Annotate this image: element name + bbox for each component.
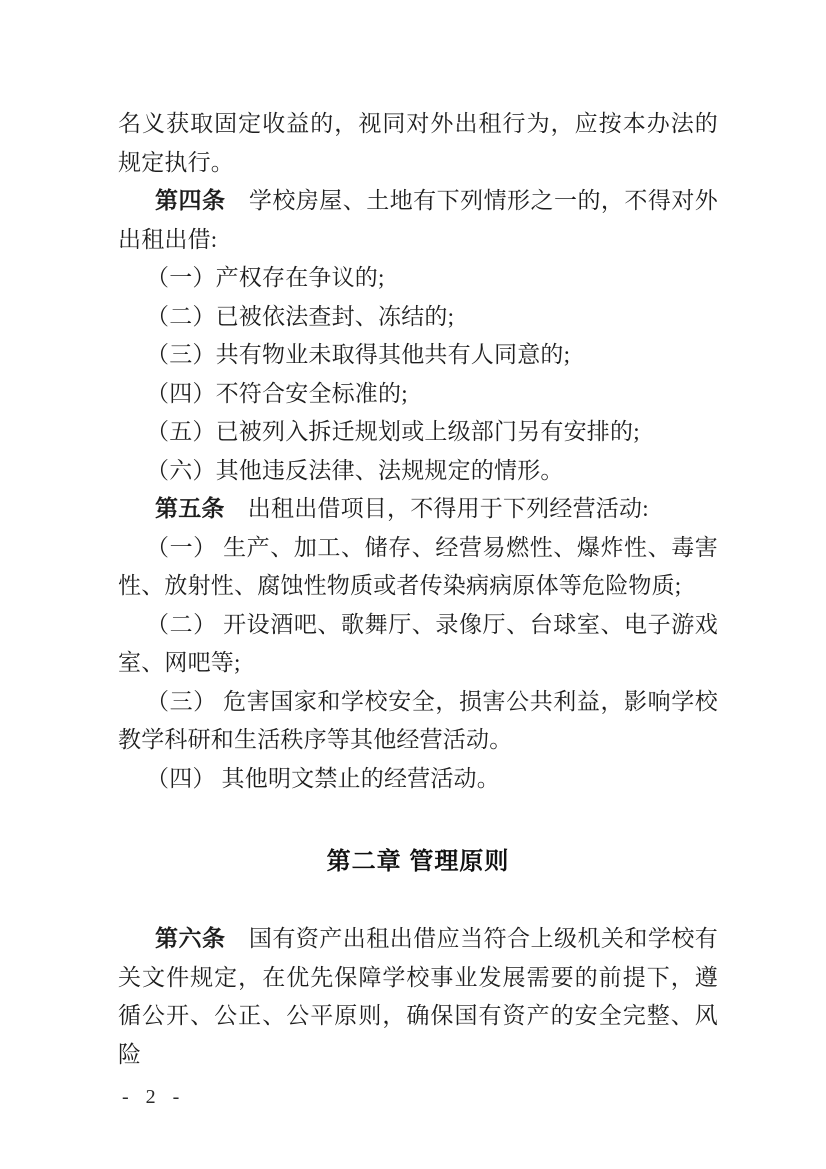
article-5-item-3: （三） 危害国家和学校安全，损害公共利益，影响学校教学科研和生活秩序等其他经营活… <box>118 683 718 760</box>
article-4-item-5: （五）已被列入拆迁规划或上级部门另有安排的; <box>118 413 718 452</box>
chapter-2-heading: 第二章 管理原则 <box>118 842 718 882</box>
article-4-item-2: （二）已被依法查封、冻结的; <box>118 298 718 337</box>
page-number: - 2 - <box>122 1086 182 1108</box>
article-4-item-3: （三）共有物业未取得其他共有人同意的; <box>118 336 718 375</box>
document-page: 名义获取固定收益的，视同对外出租行为，应按本办法的规定执行。 第四条 学校房屋、… <box>0 0 826 1169</box>
article-4-label: 第四条 <box>155 188 225 213</box>
article-4-item-1: （一）产权存在争议的; <box>118 259 718 298</box>
article-5-item-2: （二） 开设酒吧、歌舞厅、录像厅、台球室、电子游戏室、网吧等; <box>118 606 718 683</box>
article-6-clause: 第六条 国有资产出租出借应当符合上级机关和学校有关文件规定，在优先保障学校事业发… <box>118 920 718 1074</box>
article-5-item-1: （一） 生产、加工、储存、经营易燃性、爆炸性、毒害性、放射性、腐蚀性物质或者传染… <box>118 529 718 606</box>
article-6-label: 第六条 <box>155 926 225 951</box>
article-5-label: 第五条 <box>155 496 225 521</box>
article-4-item-4: （四）不符合安全标准的; <box>118 375 718 414</box>
document-content: 名义获取固定收益的，视同对外出租行为，应按本办法的规定执行。 第四条 学校房屋、… <box>118 105 718 1074</box>
article-4-clause: 第四条 学校房屋、土地有下列情形之一的，不得对外出租出借: <box>118 182 718 259</box>
article-4-item-6: （六）其他违反法律、法规规定的情形。 <box>118 452 718 491</box>
paragraph-continuation: 名义获取固定收益的，视同对外出租行为，应按本办法的规定执行。 <box>118 105 718 182</box>
article-5-item-4: （四） 其他明文禁止的经营活动。 <box>118 760 718 799</box>
article-5-clause: 第五条 出租出借项目，不得用于下列经营活动: <box>118 490 718 529</box>
article-5-text: 出租出借项目，不得用于下列经营活动: <box>225 496 649 521</box>
